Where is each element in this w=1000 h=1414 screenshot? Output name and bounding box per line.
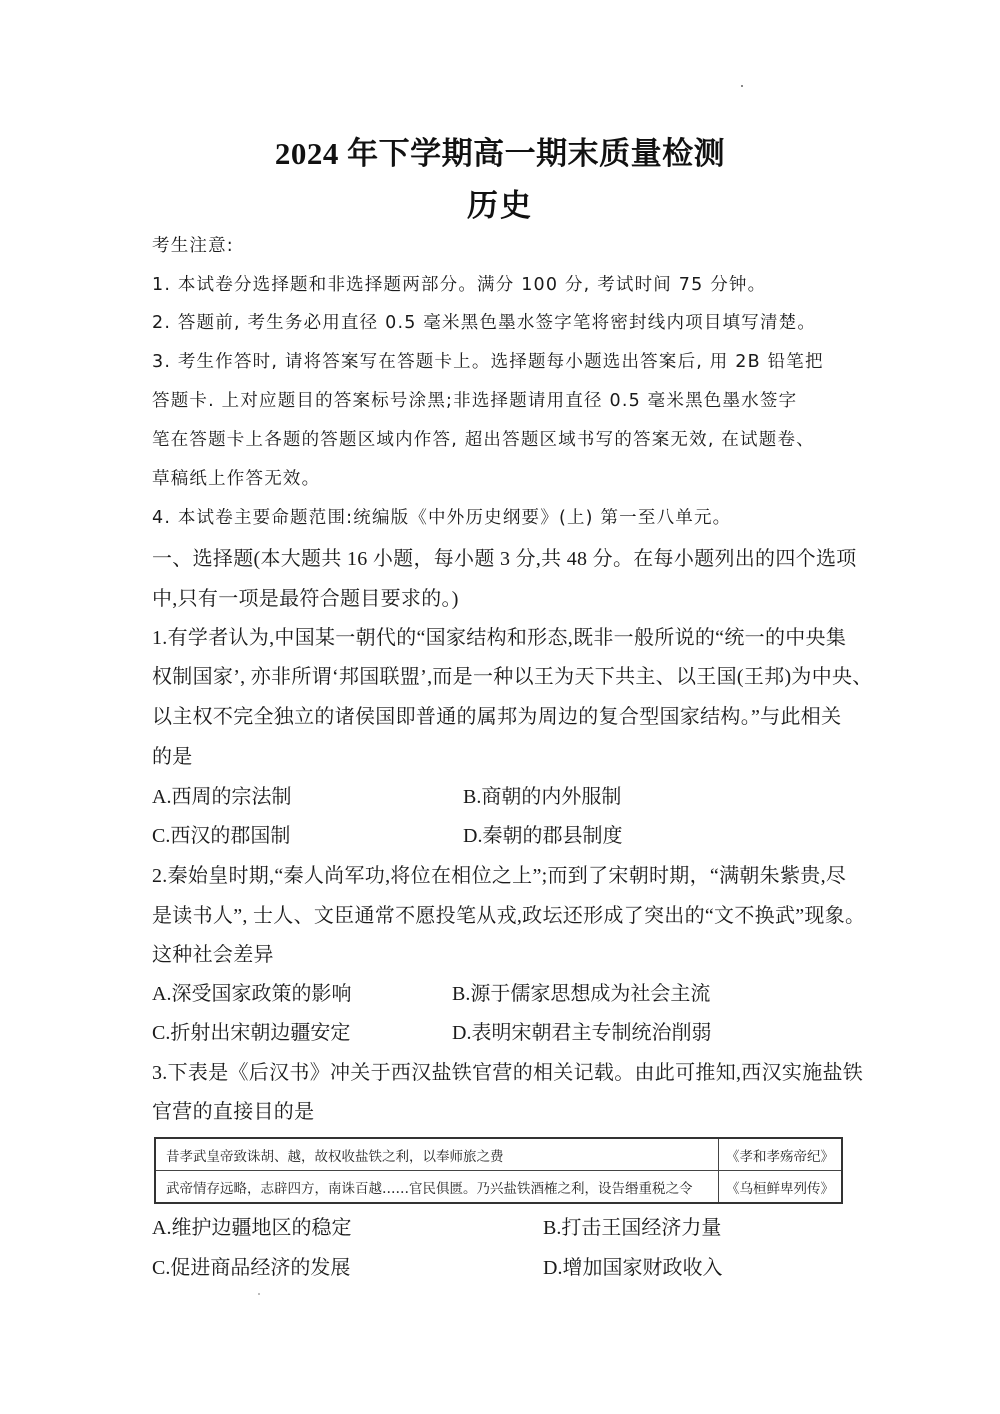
question-stem-line: 的是 bbox=[152, 745, 193, 769]
question-stem-line: 2.秦始皇时期,“秦人尚军功,将位在相位之上”;而到了宋朝时期，“满朝朱紫贵,尽 bbox=[152, 864, 846, 888]
option-b: B.打击王国经济力量 bbox=[543, 1216, 721, 1240]
question-stem-line: 官营的直接目的是 bbox=[152, 1100, 314, 1124]
question-stem-line: 1.有学者认为,中国某一朝代的“国家结构和形态,既非一般所说的“统一的中央集 bbox=[152, 626, 846, 650]
record-text: 昔孝武皇帝致诛胡、越，故权收盐铁之利，以奉师旅之费 bbox=[155, 1138, 719, 1171]
exam-title: 2024 年下学期高一期末质量检测 bbox=[0, 128, 1000, 173]
option-a: A.维护边疆地区的稳定 bbox=[152, 1216, 351, 1240]
record-text: 武帝情存远略，志辟四方，南诛百越……官民俱匮。乃兴盐铁酒榷之利，设告缗重税之令 bbox=[155, 1171, 719, 1204]
notice-heading: 考生注意: bbox=[152, 234, 234, 258]
option-d: D.增加国家财政收入 bbox=[543, 1256, 722, 1280]
option-c: C.促进商品经济的发展 bbox=[152, 1256, 350, 1280]
option-a: A.西周的宗法制 bbox=[152, 785, 291, 809]
notice-line-1: 1. 本试卷分选择题和非选择题两部分。满分 100 分, 考试时间 75 分钟。 bbox=[152, 273, 766, 297]
record-source: 《孝和孝殇帝纪》 bbox=[719, 1138, 843, 1171]
section-instructions-line-2: 中,只有一项是最符合题目要求的。) bbox=[152, 587, 459, 611]
scan-speck bbox=[258, 1293, 260, 1295]
scan-speck bbox=[741, 85, 743, 87]
option-c: C.折射出宋朝边疆安定 bbox=[152, 1021, 350, 1045]
notice-line-6: 草稿纸上作答无效。 bbox=[152, 467, 320, 491]
option-d: D.秦朝的郡县制度 bbox=[463, 824, 622, 848]
option-d: D.表明宋朝君主专制统治削弱 bbox=[452, 1021, 711, 1045]
question-stem-line: 这种社会差异 bbox=[152, 943, 274, 967]
option-b: B.商朝的内外服制 bbox=[463, 785, 621, 809]
table-row: 武帝情存远略，志辟四方，南诛百越……官民俱匮。乃兴盐铁酒榷之利，设告缗重税之令 … bbox=[155, 1171, 842, 1204]
question-stem-line: 以主权不完全独立的诸侯国即普通的属邦为周边的复合型国家结构。”与此相关 bbox=[152, 705, 841, 729]
option-b: B.源于儒家思想成为社会主流 bbox=[452, 982, 710, 1006]
notice-line-4: 答题卡. 上对应题目的答案标号涂黑;非选择题请用直径 0.5 毫米黑色墨水签字 bbox=[152, 389, 797, 413]
question-stem-line: 权制国家’, 亦非所谓‘邦国联盟’,而是一种以王为天下共主、以王国(王邦)为中央… bbox=[152, 665, 873, 689]
option-a: A.深受国家政策的影响 bbox=[152, 982, 351, 1006]
notice-line-7: 4. 本试卷主要命题范围:统编版《中外历史纲要》(上) 第一至八单元。 bbox=[152, 506, 731, 530]
record-source: 《乌桓鲜卑列传》 bbox=[719, 1171, 843, 1204]
exam-subject: 历史 bbox=[0, 180, 1000, 225]
notice-line-5: 笔在答题卡上各题的答题区域内作答, 超出答题区域书写的答案无效, 在试题卷、 bbox=[152, 428, 815, 452]
notice-line-3: 3. 考生作答时, 请将答案写在答题卡上。选择题每小题选出答案后, 用 2B 铅… bbox=[152, 350, 824, 374]
option-c: C.西汉的郡国制 bbox=[152, 824, 290, 848]
notice-line-2: 2. 答题前, 考生务必用直径 0.5 毫米黑色墨水签字笔将密封线内项目填写清楚… bbox=[152, 311, 816, 335]
section-instructions-line-1: 一、选择题(本大题共 16 小题，每小题 3 分,共 48 分。在每小题列出的四… bbox=[152, 547, 857, 571]
table-row: 昔孝武皇帝致诛胡、越，故权收盐铁之利，以奉师旅之费 《孝和孝殇帝纪》 bbox=[155, 1138, 842, 1171]
historical-records-table: 昔孝武皇帝致诛胡、越，故权收盐铁之利，以奉师旅之费 《孝和孝殇帝纪》 武帝情存远… bbox=[154, 1137, 843, 1204]
question-stem-line: 是读书人”, 士人、文臣通常不愿投笔从戎,政坛还形成了突出的“文不换武”现象。 bbox=[152, 904, 865, 928]
question-stem-line: 3.下表是《后汉书》冲关于西汉盐铁官营的相关记载。由此可推知,西汉实施盐铁 bbox=[152, 1061, 863, 1085]
